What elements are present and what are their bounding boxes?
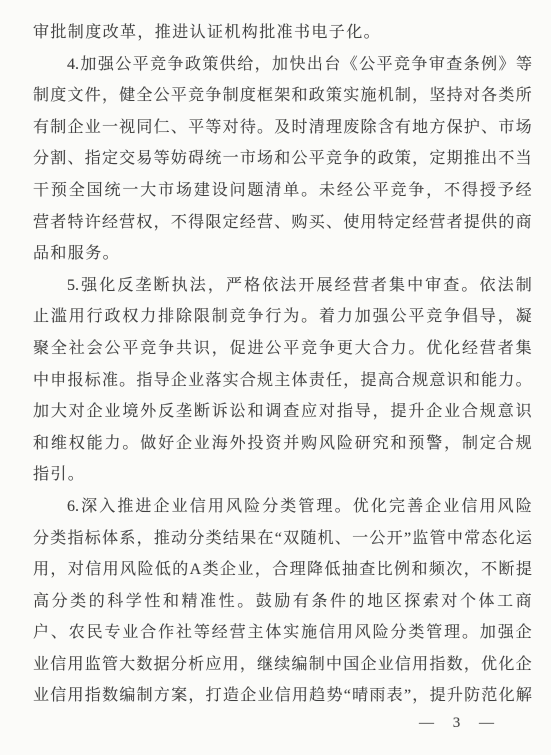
text-block: 审批制度改革，推进认证机构批准书电子化。4.加强公平竞争政策供给，加快出台《公平… xyxy=(33,17,532,712)
text-line: 聚全社会公平竞争共识，促进公平竞争更大合力。优化经营者集 xyxy=(33,333,532,365)
text-line: 4.加强公平竞争政策供给，加快出台《公平竞争审查条例》等 xyxy=(33,49,532,81)
text-line: 中申报标准。指导企业落实合规主体责任，提高合规意识和能力。 xyxy=(33,365,532,397)
text-line: 审批制度改革，推进认证机构批准书电子化。 xyxy=(33,17,532,49)
text-line: 止滥用行政权力排除限制竞争行为。着力加强公平竞争倡导，凝 xyxy=(33,301,532,333)
text-line: 用，对信用风险低的A类企业，合理降低抽查比例和频次，不断提 xyxy=(33,554,532,586)
text-line: 户、农民专业合作社等经营主体实施信用风险分类管理。加强企 xyxy=(33,617,532,649)
text-line: 加大对企业境外反垄断诉讼和调查应对指导，提升企业合规意识 xyxy=(33,396,532,428)
text-line: 有制企业一视同仁、平等对待。及时清理废除含有地方保护、市场 xyxy=(33,112,532,144)
text-line: 制度文件，健全公平竞争制度框架和政策实施机制，坚持对各类所 xyxy=(33,80,532,112)
text-line: 营者特许经营权，不得限定经营、购买、使用特定经营者提供的商 xyxy=(33,207,532,239)
document-page: 审批制度改革，推进认证机构批准书电子化。4.加强公平竞争政策供给，加快出台《公平… xyxy=(0,0,551,755)
text-line: 指引。 xyxy=(33,459,532,491)
text-line: 6.深入推进企业信用风险分类管理。优化完善企业信用风险 xyxy=(33,491,532,523)
text-line: 业信用监管大数据分析应用，继续编制中国企业信用指数，优化企 xyxy=(33,649,532,681)
text-line: 分割、指定交易等妨碍统一市场和公平竞争的政策，定期推出不当 xyxy=(33,143,532,175)
page-number: — 3 — xyxy=(419,712,497,734)
text-line: 高分类的科学性和精准性。鼓励有条件的地区探索对个体工商 xyxy=(33,586,532,618)
text-line: 和维权能力。做好企业海外投资并购风险研究和预警，制定合规 xyxy=(33,428,532,460)
text-line: 5.强化反垄断执法，严格依法开展经营者集中审查。依法制 xyxy=(33,270,532,302)
text-line: 业信用指数编制方案，打造企业信用趋势“晴雨表”，提升防范化解 xyxy=(33,680,532,712)
text-line: 分类指标体系，推动分类结果在“双随机、一公开”监管中常态化运 xyxy=(33,523,532,555)
text-line: 干预全国统一大市场建设问题清单。未经公平竞争，不得授予经 xyxy=(33,175,532,207)
text-line: 品和服务。 xyxy=(33,238,532,270)
